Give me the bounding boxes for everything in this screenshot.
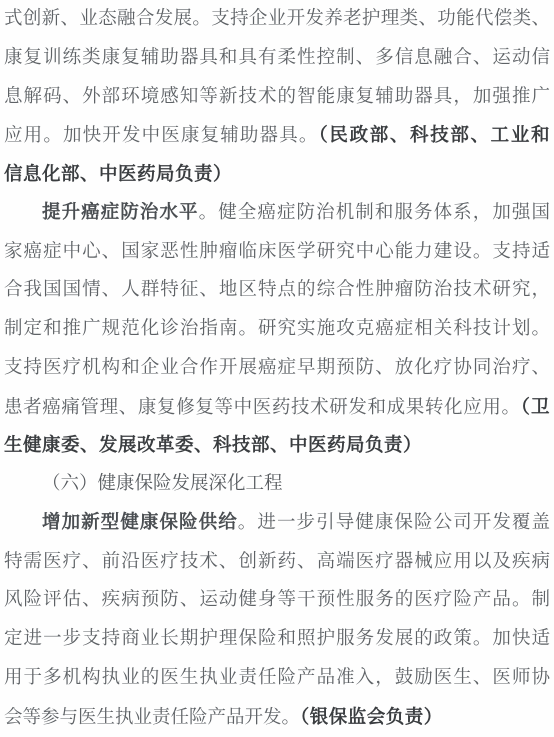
text-line: 合我国国情、人群特征、地区特点的综合性肿瘤防治技术研究，	[4, 271, 550, 310]
text-segment-regular: 。进一步引导健康保险公司开发覆盖	[238, 513, 550, 533]
text-segment-regular: 康复训练类康复辅助器具和具有柔性控制、多信息融合、运动信	[4, 48, 550, 68]
text-segment-bold-kai: 增加新型健康保险供给	[42, 513, 238, 533]
text-line: 息解码、外部环境感知等新技术的智能康复辅助器具，加强推广	[4, 78, 550, 117]
text-segment-regular: 家癌症中心、国家恶性肿瘤临床医学研究中心能力建设。支持适	[4, 242, 550, 262]
text-line: 提升癌症防治水平。健全癌症防治机制和服务体系，加强国	[4, 194, 550, 233]
text-line: 式创新、业态融合发展。支持企业开发养老护理类、功能代偿类、	[4, 0, 550, 39]
text-segment-regular: 用于多机构执业的医生执业责任险产品准入，鼓励医生、医师协	[4, 668, 550, 688]
text-segment-regular: 患者癌痛管理、康复修复等中医药技术研发和成果转化应用。	[4, 398, 521, 418]
text-line: 康复训练类康复辅助器具和具有柔性控制、多信息融合、运动信	[4, 39, 550, 78]
text-segment-regular: 制定和推广规范化诊治指南。研究实施攻克癌症相关科技计划。	[4, 319, 550, 339]
text-segment-kai: （六）健康保险发展深化工程	[42, 474, 283, 494]
text-line: 信息化部、中医药局负责）	[4, 155, 550, 194]
text-line: 定进一步支持商业长期护理保险和照护服务发展的政策。加快适	[4, 620, 550, 659]
text-segment-bold-hei: （卫	[521, 396, 550, 417]
text-segment-regular: 息解码、外部环境感知等新技术的智能康复辅助器具，加强推广	[4, 87, 550, 107]
text-line: 增加新型健康保险供给。进一步引导健康保险公司开发覆盖	[4, 504, 550, 543]
text-line: 会等参与医生执业责任险产品开发。（银保监会负责）	[4, 698, 550, 737]
text-segment-bold-hei: （民政部、科技部、工业和	[319, 124, 550, 145]
text-segment-regular: 支持医疗机构和企业合作开展癌症早期预防、放化疗协同治疗、	[4, 358, 550, 378]
text-line: 患者癌痛管理、康复修复等中医药技术研发和成果转化应用。（卫	[4, 388, 550, 427]
text-segment-regular: 定进一步支持商业长期护理保险和照护服务发展的政策。加快适	[4, 629, 550, 649]
text-line: 生健康委、发展改革委、科技部、中医药局负责）	[4, 426, 550, 465]
text-segment-regular: 应用。加快开发中医康复辅助器具。	[4, 126, 319, 146]
text-line: 家癌症中心、国家恶性肿瘤临床医学研究中心能力建设。支持适	[4, 233, 550, 272]
text-line: 支持医疗机构和企业合作开展癌症早期预防、放化疗协同治疗、	[4, 349, 550, 388]
text-segment-bold-hei: 生健康委、发展改革委、科技部、中医药局负责）	[4, 434, 422, 455]
text-segment-regular: 。健全癌症防治机制和服务体系，加强国	[199, 203, 550, 223]
text-line: 用于多机构执业的医生执业责任险产品准入，鼓励医生、医师协	[4, 659, 550, 698]
text-segment-regular: 会等参与医生执业责任险产品开发。	[4, 708, 300, 728]
document-page: 式创新、业态融合发展。支持企业开发养老护理类、功能代偿类、康复训练类康复辅助器具…	[0, 0, 554, 737]
text-line: 特需医疗、前沿医疗技术、创新药、高端医疗器械应用以及疾病	[4, 543, 550, 582]
text-segment-regular: 式创新、业态融合发展。支持企业开发养老护理类、功能代偿类、	[4, 9, 550, 29]
text-line: （六）健康保险发展深化工程	[4, 465, 550, 504]
text-line: 制定和推广规范化诊治指南。研究实施攻克癌症相关科技计划。	[4, 310, 550, 349]
text-line: 应用。加快开发中医康复辅助器具。（民政部、科技部、工业和	[4, 116, 550, 155]
text-segment-bold-hei: 信息化部、中医药局负责）	[4, 163, 232, 184]
text-segment-bold-hei: （银保监会负责）	[300, 706, 443, 727]
text-segment-regular: 合我国国情、人群特征、地区特点的综合性肿瘤防治技术研究，	[4, 280, 550, 300]
text-line: 风险评估、疾病预防、运动健身等干预性服务的医疗险产品。制	[4, 581, 550, 620]
text-segment-regular: 特需医疗、前沿医疗技术、创新药、高端医疗器械应用以及疾病	[4, 552, 550, 572]
text-segment-regular: 风险评估、疾病预防、运动健身等干预性服务的医疗险产品。制	[4, 590, 550, 610]
text-segment-bold-kai: 提升癌症防治水平	[42, 203, 199, 223]
